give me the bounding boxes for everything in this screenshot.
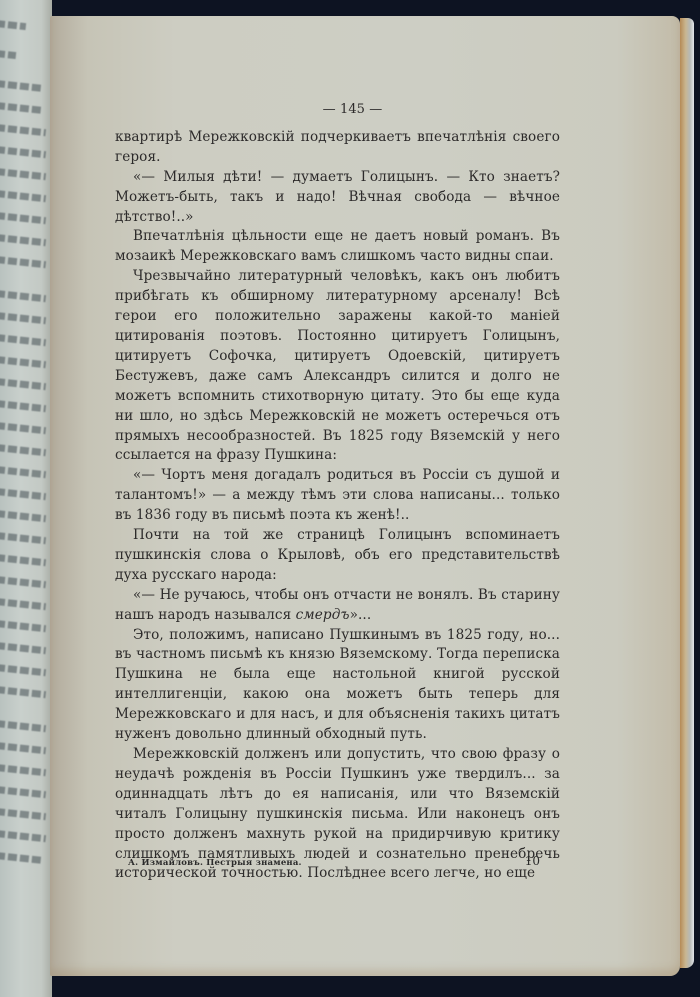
paragraph: «— Не ручаюсь, чтобы онъ отчасти не воня…: [115, 586, 560, 626]
blurred-text-line: [0, 686, 46, 698]
blurred-text-line: [0, 742, 46, 754]
blurred-text-line: [0, 510, 46, 522]
blurred-text-line: [0, 378, 46, 390]
blurred-text-line: [0, 50, 16, 59]
blurred-text-line: [0, 786, 46, 798]
blurred-text-line: [0, 808, 46, 820]
blurred-text-line: [0, 620, 46, 632]
paragraph: Впечатлѣнія цѣльности еще не даетъ новый…: [115, 227, 560, 267]
blurred-text-line: [0, 642, 46, 654]
paragraph: Это, положимъ, написано Пушкинымъ въ 182…: [115, 626, 560, 745]
blurred-text-line: [0, 598, 46, 610]
paragraph: «— Чортъ меня догадалъ родиться въ Россі…: [115, 466, 560, 526]
blurred-text-line: [0, 466, 46, 478]
paragraph: Почти на той же страницѣ Голицынъ вспоми…: [115, 526, 560, 586]
blurred-text-line: [0, 400, 46, 412]
blurred-text-line: [0, 234, 46, 246]
blurred-text-line: [0, 124, 46, 136]
quote-text: »...: [350, 607, 372, 623]
blurred-text-line: [0, 576, 46, 588]
blurred-text-line: [0, 20, 26, 30]
page-text-block: — 145 — квартирѣ Мережковскій подчеркива…: [115, 100, 560, 884]
blurred-text-line: [0, 168, 46, 180]
blurred-text-line: [0, 356, 46, 368]
page-edge-stack: [680, 18, 694, 968]
signature-line: А. Измайловъ. Пестрыя знамена.: [128, 858, 302, 868]
blurred-text-line: [0, 532, 46, 544]
blurred-text-line: [0, 444, 46, 456]
blurred-text-line: [0, 312, 46, 324]
blurred-text-line: [0, 212, 46, 224]
facing-left-page: [0, 0, 52, 997]
blurred-text-line: [0, 190, 46, 202]
page-number: — 145 —: [115, 100, 560, 120]
italic-word: смердъ: [296, 607, 350, 623]
blurred-text-line: [0, 102, 44, 114]
sheet-number: 10: [525, 854, 540, 868]
page-footer: А. Измайловъ. Пестрыя знамена. 10: [128, 854, 540, 868]
blurred-text-line: [0, 720, 46, 732]
blurred-text-line: [0, 830, 46, 842]
paragraph: Чрезвычайно литературный человѣкъ, какъ …: [115, 267, 560, 466]
blurred-text-line: [0, 256, 46, 268]
blurred-text-line: [0, 664, 46, 676]
paragraph: квартирѣ Мережковскій подчеркиваетъ впеч…: [115, 128, 560, 168]
paragraph: «— Милыя дѣти! — думаетъ Голицынъ. — Кто…: [115, 168, 560, 228]
blurred-text-line: [0, 80, 41, 92]
blurred-text-line: [0, 554, 46, 566]
blurred-text-line: [0, 852, 42, 864]
blurred-text-line: [0, 334, 46, 346]
blurred-text-line: [0, 146, 46, 158]
blurred-text-line: [0, 422, 46, 434]
blurred-text-line: [0, 488, 46, 500]
blurred-text-line: [0, 290, 46, 302]
blurred-text-line: [0, 764, 46, 776]
